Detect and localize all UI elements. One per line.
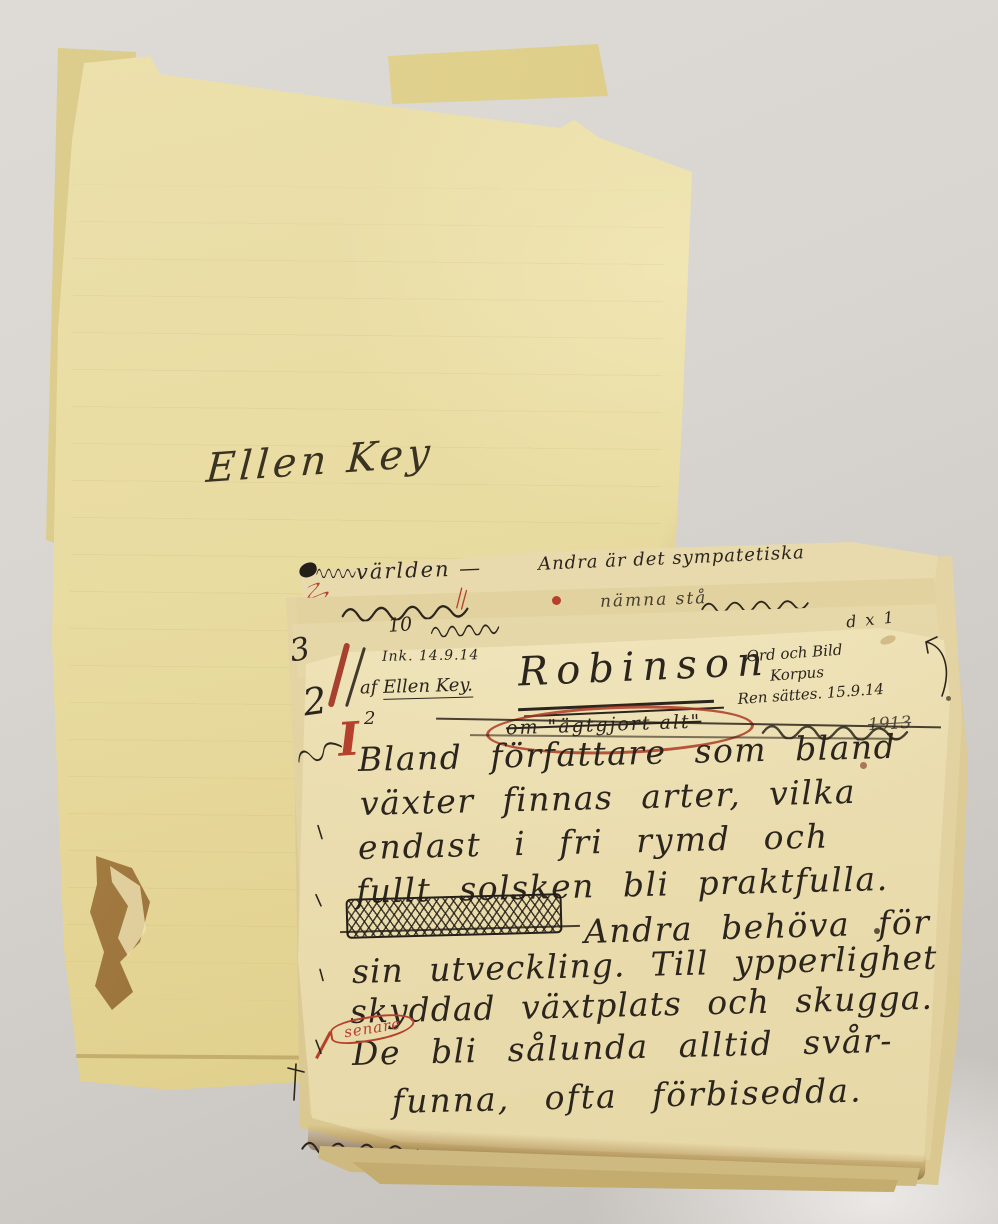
- fragment-middle: nämna stå: [600, 588, 708, 612]
- edge-scribble-1: [316, 566, 356, 578]
- red-ink-dot: [552, 596, 561, 605]
- ink-stain-1: [860, 762, 867, 769]
- byline-name: Ellen Key.: [383, 675, 473, 700]
- header-hook-arrow: [912, 634, 952, 704]
- header-right-block: Ord och Bild Korpus Ren sättes. 15.9.14: [734, 637, 885, 710]
- red-slash-pair: [452, 586, 468, 610]
- left-edge-cross-mark: [284, 1062, 308, 1102]
- red-roman-numeral-sup: 2: [364, 708, 375, 729]
- header-received-date: Ink. 14.9.14: [382, 647, 480, 665]
- fragment-count: 10: [387, 613, 413, 637]
- ink-stain-2: [874, 928, 880, 934]
- photo-scene: Ellen Key världen — Andra är det sympate…: [0, 0, 998, 1224]
- fragment-top-left: världen —: [356, 556, 483, 584]
- ink-stain-3: [946, 696, 951, 701]
- header-byline: af Ellen Key.: [360, 675, 473, 699]
- left-edge-marks: [314, 820, 326, 1100]
- byline-prefix: af: [360, 677, 384, 699]
